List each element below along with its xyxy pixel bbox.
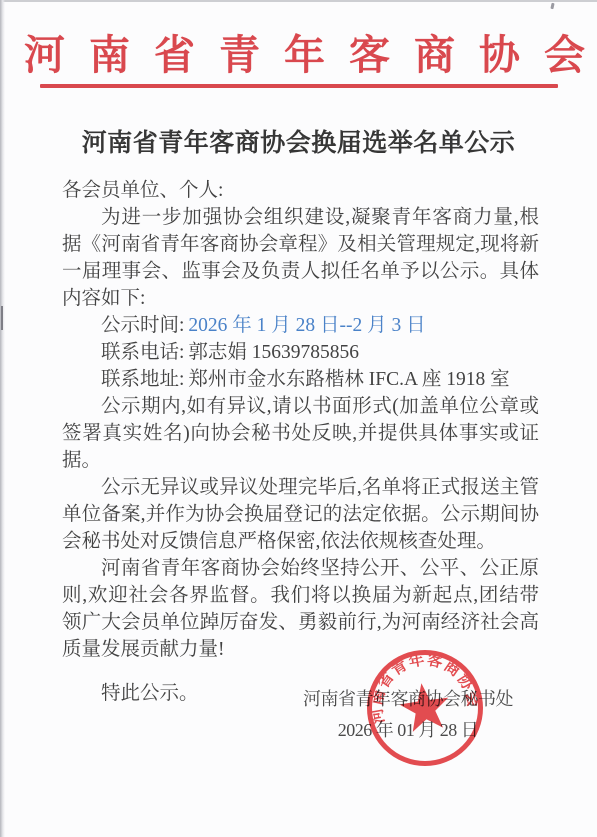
letterhead-title: 河南省青年客商协会 bbox=[0, 33, 597, 78]
contact-phone-value: 郭志娟 15639785856 bbox=[188, 342, 359, 363]
field-contact-phone: 联系电话:郭志娟 15639785856 bbox=[62, 339, 539, 366]
contact-address-value: 郑州市金水东路楷林 IFC.A 座 1918 室 bbox=[188, 369, 509, 390]
contact-address-label: 联系地址: bbox=[101, 369, 184, 390]
letterhead-rule bbox=[40, 84, 558, 88]
scanned-document-page: 河南省青年客商协会 河南省青年客商协会换届选举名单公示 各会员单位、个人: 为进… bbox=[0, 0, 597, 837]
seal-star-icon bbox=[397, 680, 452, 733]
official-seal: 河南省青年客商协会 bbox=[364, 647, 486, 769]
scan-edge-left bbox=[0, 0, 5, 837]
scan-edge-notch bbox=[1, 306, 3, 330]
field-contact-address: 联系地址:郑州市金水东路楷林 IFC.A 座 1918 室 bbox=[62, 366, 539, 393]
document-body: 各会员单位、个人: 为进一步加强协会组织建设,凝聚青年客商力量,根据《河南省青年… bbox=[62, 177, 539, 707]
scan-speck bbox=[550, 3, 554, 9]
salutation: 各会员单位、个人: bbox=[62, 177, 539, 204]
document-title: 河南省青年客商协会换届选举名单公示 bbox=[0, 129, 597, 159]
paragraph-objection: 公示期内,如有异议,请以书面形式(加盖单位公章或签署真实姓名)向协会秘书处反映,… bbox=[62, 393, 539, 474]
paragraph-filing: 公示无异议或异议处理完毕后,名单将正式报送主管单位备案,并作为协会换届登记的法定… bbox=[62, 474, 539, 555]
scan-edge-top bbox=[0, 0, 597, 2]
field-notice-time: 公示时间:2026 年 1 月 28 日--2 月 3 日 bbox=[62, 312, 539, 339]
contact-phone-label: 联系电话: bbox=[101, 342, 184, 363]
notice-time-label: 公示时间: bbox=[101, 315, 184, 336]
notice-time-value: 2026 年 1 月 28 日--2 月 3 日 bbox=[188, 315, 425, 336]
paragraph-intro: 为进一步加强协会组织建设,凝聚青年客商力量,根据《河南省青年客商协会章程》及相关… bbox=[62, 204, 539, 312]
